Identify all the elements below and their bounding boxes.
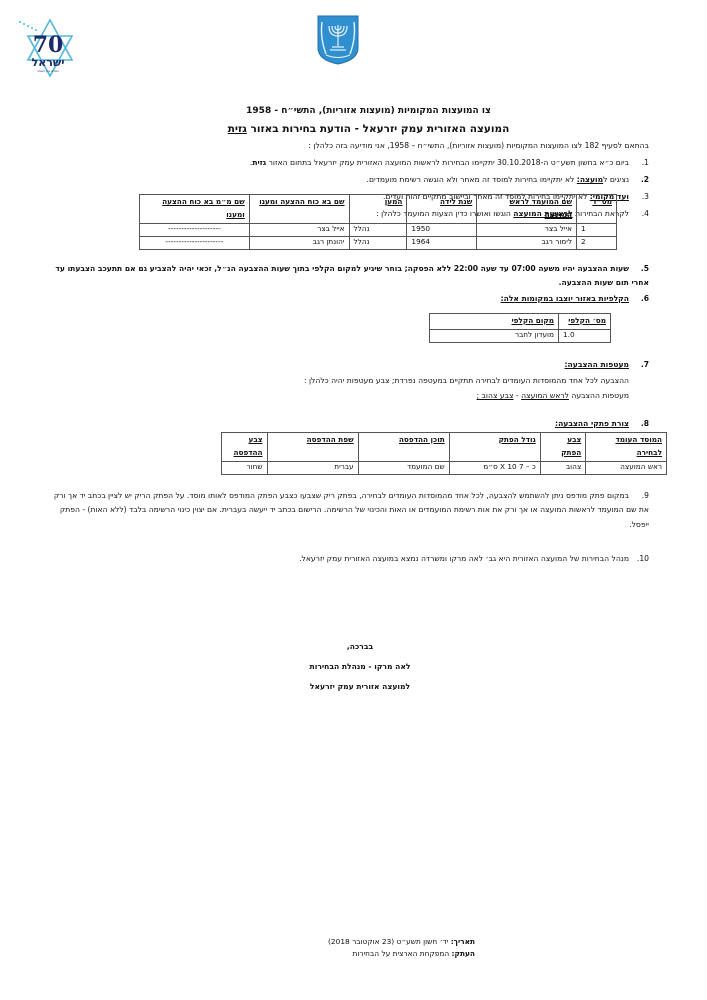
date-value: יד׳ חשון תשע״ט (23 אוקטובר 2018) xyxy=(328,937,451,946)
cc-label: העתק: xyxy=(452,949,475,958)
cell: אייל בצר xyxy=(249,223,349,236)
item-number: 6. xyxy=(635,294,649,303)
item-text: שעות ההצבעה יהיו משעה 07:00 עד שעה 22:00… xyxy=(55,264,649,287)
envelope-prefix: מעטפות ההצבעה xyxy=(569,391,629,400)
cell: 1 xyxy=(577,223,617,236)
notice-title-text: המועצה האזורית עמק יזרעאל - הודעת בחירות… xyxy=(251,123,510,135)
envelope-color: צבע צהוב ; xyxy=(477,391,514,400)
item-number: 5. xyxy=(635,262,649,276)
envelope-label: לראש המועצה xyxy=(521,391,569,400)
svg-text:חוגגים את השיבה: חוגגים את השיבה xyxy=(37,69,59,73)
item-5: 5.שעות ההצבעה יהיו משעה 07:00 עד שעה 22:… xyxy=(49,262,649,291)
item-number: 4. xyxy=(635,209,649,218)
item-9: 9.במקום פתק מודפס ניתן להשתמש להצבעה, לכ… xyxy=(49,489,649,532)
col-header: שם בא כוח ההצעה ומענו xyxy=(249,195,349,224)
cell: 2 xyxy=(577,236,617,249)
cell: אייל בצר xyxy=(477,223,577,236)
table-header-row: מס״ד שם המועמד לראש המועצה שנת לידה המען… xyxy=(140,195,617,224)
col-header: צבע הפתק xyxy=(540,433,586,462)
item-1: 1.ביום כ״א בחשון תשע״ט ה-30.10.2018 יתקי… xyxy=(250,158,649,167)
intro-paragraph: בהתאם לסעיף 182 לצו המועצות המקומיות (מו… xyxy=(308,141,649,150)
law-title: צו המועצות המקומיות (מועצות אזוריות), הת… xyxy=(0,106,707,117)
signature-greeting: בברכה, xyxy=(250,642,470,651)
item-10: 10.מנהל הבחירות של המועצה האזורית היא גב… xyxy=(299,554,649,563)
cell: נהלל xyxy=(349,223,407,236)
item-label: צורת פתקי ההצבעה: xyxy=(555,419,629,428)
item-text: מנהל הבחירות של המועצה האזורית היא גב׳ ל… xyxy=(299,554,629,563)
col-header: תוכן ההדפסה xyxy=(358,433,449,462)
col-header: מקום הקלפי xyxy=(430,314,559,330)
notice-title: המועצה האזורית עמק יזרעאל - הודעת בחירות… xyxy=(0,123,707,136)
cell: ---------------------- xyxy=(140,236,250,249)
ballot-format-table: המוסד העומד לבחירה צבע הפתק גודל הפתק תו… xyxy=(221,432,667,475)
item-number: 8. xyxy=(635,419,649,428)
item-area: גזית xyxy=(252,158,266,167)
cell: מועדון לחבר xyxy=(430,329,559,342)
svg-text:70: 70 xyxy=(33,32,64,58)
footer-date: תאריך: יד׳ חשון תשע״ט (23 אוקטובר 2018) xyxy=(328,938,475,947)
star-of-david-70-icon: 70 ישראל חוגגים את השיבה xyxy=(16,16,78,80)
envelope-sep: - xyxy=(514,391,522,400)
cell: צהוב xyxy=(540,461,586,474)
candidates-table: מס״ד שם המועמד לראש המועצה שנת לידה המען… xyxy=(139,194,617,250)
menorah-emblem-icon xyxy=(316,14,360,66)
item-8: 8.צורת פתקי ההצבעה: xyxy=(555,419,649,428)
col-header: המען xyxy=(349,195,407,224)
col-header: שפת ההדפסה xyxy=(267,433,358,462)
table-row: 1 אייל בצר 1950 נהלל אייל בצר ----------… xyxy=(140,223,617,236)
item-7: 7.מעטפות ההצבעה: xyxy=(565,360,649,369)
item-7-line-2: מעטפות ההצבעה לראש המועצה - צבע צהוב ; xyxy=(477,391,629,400)
item-6: 6.הקלפיות באזור יוצבו במקומות אלה: xyxy=(501,294,649,303)
col-header: צבע ההדפסה xyxy=(222,433,268,462)
item-label: מועצה: xyxy=(577,175,603,184)
cell: כ – 7 X 10 ס״מ xyxy=(449,461,540,474)
cell: יהונתן רגב xyxy=(249,236,349,249)
col-header: גודל הפתק xyxy=(449,433,540,462)
table-row: 1.0 מועדון לחבר xyxy=(430,329,611,342)
table-header-row: מס׳ הקלפי מקום הקלפי xyxy=(430,314,611,330)
item-7-line-1: ההצבעה לכל אחד מהמוסדות העומדים לבחירה ת… xyxy=(304,376,629,385)
item-number: 1. xyxy=(635,158,649,167)
notice-title-area: גזית xyxy=(228,123,247,135)
cell: 1964 xyxy=(407,236,477,249)
table-row: ראש המועצה צהוב כ – 7 X 10 ס״מ שם המועמד… xyxy=(222,461,667,474)
col-header: שנת לידה xyxy=(407,195,477,224)
signature-name: לאה מרקו - מנהלת הבחירות xyxy=(250,662,470,671)
cell: 1.0 xyxy=(559,329,611,342)
item-label: מעטפות ההצבעה: xyxy=(565,360,629,369)
item-text: ביום כ״א בחשון תשע״ט ה-30.10.2018 יתקיימ… xyxy=(269,158,629,167)
footer-cc: העתק: המפקחת הארצית על הבחירות xyxy=(352,950,475,959)
item-2: 2.נציגים למועצה: לא יתקיימו בחירות למוסד… xyxy=(367,175,649,184)
cell: שחור xyxy=(222,461,268,474)
cell: נהלל xyxy=(349,236,407,249)
table-row: 2 לימור רגב 1964 נהלל יהונתן רגב -------… xyxy=(140,236,617,249)
cell: שם המועמד xyxy=(358,461,449,474)
item-number: 2. xyxy=(635,175,649,184)
date-label: תאריך: xyxy=(451,937,475,946)
table-header-row: המוסד העומד לבחירה צבע הפתק גודל הפתק תו… xyxy=(222,433,667,462)
israel-70-logo: 70 ישראל חוגגים את השיבה xyxy=(16,16,78,80)
col-header: מס׳ הקלפי xyxy=(559,314,611,330)
item-text: לא יתקיימו בחירות למוסד זה מאחר ולא הוגש… xyxy=(367,175,577,184)
cell: -------------------- xyxy=(140,223,250,236)
item-number: 9. xyxy=(635,489,649,503)
col-header: מס״ד xyxy=(577,195,617,224)
item-label: הקלפיות באזור יוצבו במקומות אלה: xyxy=(501,294,629,303)
col-header: שם מ״מ בא כוח ההצעה ומענו xyxy=(140,195,250,224)
item-number: 7. xyxy=(635,360,649,369)
state-emblem-logo xyxy=(316,14,360,66)
cell: עברית xyxy=(267,461,358,474)
col-header: שם המועמד לראש המועצה xyxy=(477,195,577,224)
svg-text:ישראל: ישראל xyxy=(32,56,65,69)
cc-value: המפקחת הארצית על הבחירות xyxy=(352,949,451,958)
cell: 1950 xyxy=(407,223,477,236)
cell: לימור רגב xyxy=(477,236,577,249)
cell: ראש המועצה xyxy=(586,461,667,474)
item-number: 10. xyxy=(635,554,649,563)
item-number: 3. xyxy=(635,192,649,201)
item-text: במקום פתק מודפס ניתן להשתמש להצבעה, לכל … xyxy=(54,491,649,529)
signature-org: למועצה אזורית עמק יזרעאל xyxy=(250,682,470,691)
polling-stations-table: מס׳ הקלפי מקום הקלפי 1.0 מועדון לחבר xyxy=(429,313,611,343)
col-header: המוסד העומד לבחירה xyxy=(586,433,667,462)
item-label-prefix: נציגים ל xyxy=(603,175,629,184)
